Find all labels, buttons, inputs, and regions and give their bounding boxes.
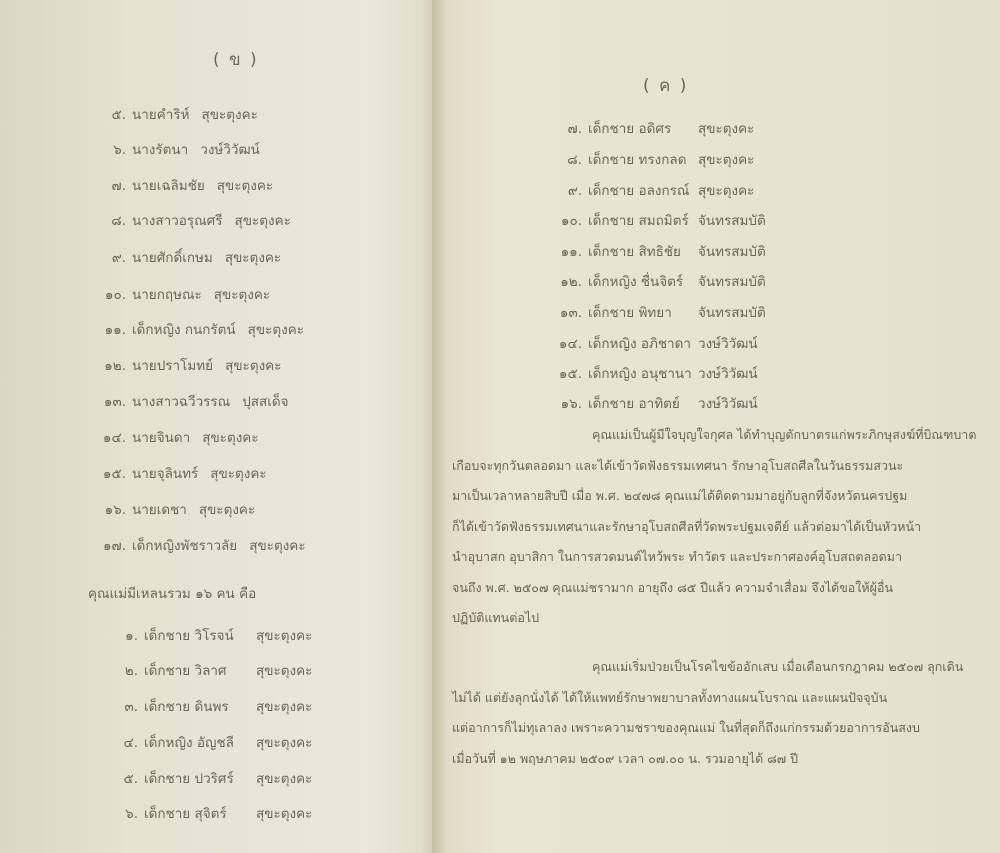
list-item: ๑๒.เด็กหญิง ชื่นจิตร์จันทรสมบัติ (544, 270, 766, 292)
list-item: ๕.นายคำริห์สุขะตุงคะ (88, 103, 258, 125)
list-item: ๑๑.เด็กหญิง กนกรัตน์สุขะตุงคะ (88, 318, 304, 340)
list-item: ๗.นายเฉลิมชัยสุขะตุงคะ (88, 174, 273, 196)
list-item: ๓.เด็กชาย ดินพรสุขะตุงคะ (100, 695, 312, 717)
list-item: ๘.เด็กชาย ทรงกลดสุขะตุงคะ (544, 148, 754, 170)
list-item: ๖.เด็กชาย สุจิตร์สุขะตุงคะ (100, 802, 312, 824)
page-number: ( ข ) (213, 46, 259, 73)
list-item: ๑๗.เด็กหญิงพัชราวลัยสุขะตุงคะ (88, 534, 306, 556)
list-item: ๑๐.นายกฤษณะสุขะตุงคะ (88, 283, 270, 305)
book-spread: ( ข ) ๕.นายคำริห์สุขะตุงคะ ๖.นางรัตนาวงษ… (0, 0, 1000, 853)
list-item: ๔.เด็กหญิง อัญชลีสุขะตุงคะ (100, 731, 312, 753)
left-page: ( ข ) ๕.นายคำริห์สุขะตุงคะ ๖.นางรัตนาวงษ… (0, 0, 432, 853)
list-item: ๑๑.เด็กชาย สิทธิชัยจันทรสมบัติ (544, 240, 766, 262)
list-item: ๙.นายศักดิ์เกษมสุขะตุงคะ (88, 246, 281, 268)
list-item: ๑๒.นายปราโมทย์สุขะตุงคะ (88, 354, 281, 376)
section-intro: คุณแม่มีเหลนรวม ๑๖ คน คือ (88, 582, 256, 604)
list-item: ๑๖.นายเดชาสุขะตุงคะ (88, 498, 255, 520)
list-item: ๑๕.นายจุลินทร์สุขะตุงคะ (88, 462, 267, 484)
list-item: ๑.เด็กชาย วิโรจน์สุขะตุงคะ (100, 624, 312, 646)
list-item: ๘.นางสาวอรุณศรีสุขะตุงคะ (88, 209, 291, 231)
page-number: ( ค ) (643, 72, 688, 99)
list-item: ๒.เด็กชาย วิลาศสุขะตุงคะ (100, 659, 312, 681)
list-item: ๕.เด็กชาย ปวริศร์สุขะตุงคะ (100, 767, 312, 789)
list-item: ๑๖.เด็กชาย อาทิตย์วงษ์วิวัฒน์ (544, 392, 758, 414)
list-item: ๑๓.เด็กชาย พิทยาจันทรสมบัติ (544, 301, 766, 323)
biography-paragraph-2: คุณแม่เริ่มป่วยเป็นโรคไขข้ออักเสบ เมื่อเ… (452, 652, 972, 774)
biography-paragraph-1: คุณแม่เป็นผู้มีใจบุญใจกุศล ได้ทำบุญตักบา… (452, 420, 972, 634)
list-item: ๗.เด็กชาย อดิศรสุขะตุงคะ (544, 117, 754, 139)
list-item: ๑๔.เด็กหญิง อภิชาดาวงษ์วิวัฒน์ (544, 332, 758, 354)
list-item: ๑๐.เด็กชาย สมถมิตร์จันทรสมบัติ (544, 209, 766, 231)
list-item: ๑๕.เด็กหญิง อนุชานาวงษ์วิวัฒน์ (544, 362, 758, 384)
list-item: ๙.เด็กชาย อลงกรณ์สุขะตุงคะ (544, 179, 754, 201)
list-item: ๖.นางรัตนาวงษ์วิวัฒน์ (88, 138, 260, 160)
list-item: ๑๔.นายจินดาสุขะตุงคะ (88, 426, 259, 448)
right-page: ( ค ) ๗.เด็กชาย อดิศรสุขะตุงคะ ๘.เด็กชาย… (432, 0, 1000, 853)
list-item: ๑๓.นางสาวฉวีวรรณปุสสเด็จ (88, 390, 289, 412)
